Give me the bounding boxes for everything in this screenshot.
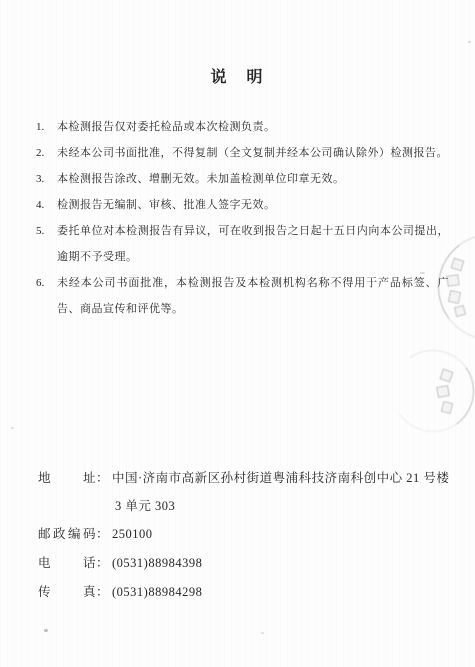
fax-label: 传真 bbox=[38, 578, 96, 607]
contact-block: 地址：中国·济南市高新区孙村街道粤浦科技济南科创中心 21 号楼 3 单元 30… bbox=[0, 464, 475, 607]
scan-speckle bbox=[44, 629, 48, 632]
note-item: 6.未经本公司书面批准，本检测报告及本检测机构名称不得用于产品标签、广告、商品宣… bbox=[36, 270, 449, 322]
note-text: 未经本公司书面批准，本检测报告及本检测机构名称不得用于产品标签、广告、商品宣传和… bbox=[57, 277, 449, 315]
note-item: 2.未经本公司书面批准，不得复制（全文复制并经本公司确认除外）检测报告。 bbox=[36, 140, 449, 166]
note-text: 本检测报告仅对委托检品或本次检测负责。 bbox=[57, 121, 276, 133]
note-text: 检测报告无编制、审核、批准人签字无效。 bbox=[57, 199, 276, 211]
scanned-report-notes-page: 说 明 1.本检测报告仅对委托检品或本次检测负责。 2.未经本公司书面批准，不得… bbox=[0, 0, 475, 667]
postal-colon: ： bbox=[96, 520, 109, 549]
note-item: 5.委托单位对本检测报告有异议，可在收到报告之日起十五日内向本公司提出，逾期不予… bbox=[36, 218, 449, 270]
notes-list: 1.本检测报告仅对委托检品或本次检测负责。 2.未经本公司书面批准，不得复制（全… bbox=[0, 114, 475, 322]
postal-value: 250100 bbox=[112, 527, 153, 541]
note-text: 委托单位对本检测报告有异议，可在收到报告之日起十五日内向本公司提出，逾期不予受理… bbox=[57, 225, 449, 263]
phone-colon: ： bbox=[96, 549, 109, 578]
phone-value: (0531)88984398 bbox=[112, 556, 202, 570]
seal-glyph-mark bbox=[436, 385, 450, 398]
note-item: 1.本检测报告仅对委托检品或本次检测负责。 bbox=[36, 114, 449, 140]
phone-label: 电话 bbox=[38, 549, 96, 578]
note-number: 2. bbox=[36, 140, 44, 166]
scan-speckle bbox=[468, 41, 471, 43]
address-colon: ： bbox=[96, 464, 109, 493]
address-value: 中国·济南市高新区孙村街道粤浦科技济南科创中心 21 号楼 bbox=[112, 471, 449, 485]
note-number: 5. bbox=[36, 218, 44, 244]
note-number: 1. bbox=[36, 114, 44, 140]
address-value-line2: 3 单元 303 bbox=[115, 493, 475, 520]
address-label: 地址 bbox=[38, 464, 96, 493]
note-text: 本检测报告涂改、增删无效。未加盖检测单位印章无效。 bbox=[57, 173, 345, 185]
note-number: 4. bbox=[36, 192, 44, 218]
postal-label: 邮政编码 bbox=[38, 520, 96, 549]
seal-glyph-mark bbox=[446, 274, 459, 287]
note-item: 4.检测报告无编制、审核、批准人签字无效。 bbox=[36, 192, 449, 218]
contact-fax-row: 传真：(0531)88984298 bbox=[38, 578, 475, 607]
note-number: 6. bbox=[36, 270, 44, 296]
contact-phone-row: 电话：(0531)88984398 bbox=[38, 549, 475, 578]
note-text: 未经本公司书面批准，不得复制（全文复制并经本公司确认除外）检测报告。 bbox=[57, 147, 448, 159]
scan-speckle bbox=[11, 427, 14, 429]
scan-speckle bbox=[261, 632, 264, 634]
partial-seal-stamp-bottom bbox=[386, 344, 475, 439]
note-item: 3.本检测报告涂改、增删无效。未加盖检测单位印章无效。 bbox=[36, 166, 449, 192]
fax-colon: ： bbox=[96, 578, 109, 607]
scan-speckle bbox=[420, 272, 425, 274]
fax-value: (0531)88984298 bbox=[112, 585, 202, 599]
contact-postal-row: 邮政编码：250100 bbox=[38, 520, 475, 549]
page-title: 说 明 bbox=[0, 0, 475, 86]
contact-address-row: 地址：中国·济南市高新区孙村街道粤浦科技济南科创中心 21 号楼 bbox=[38, 464, 475, 493]
note-number: 3. bbox=[36, 166, 44, 192]
